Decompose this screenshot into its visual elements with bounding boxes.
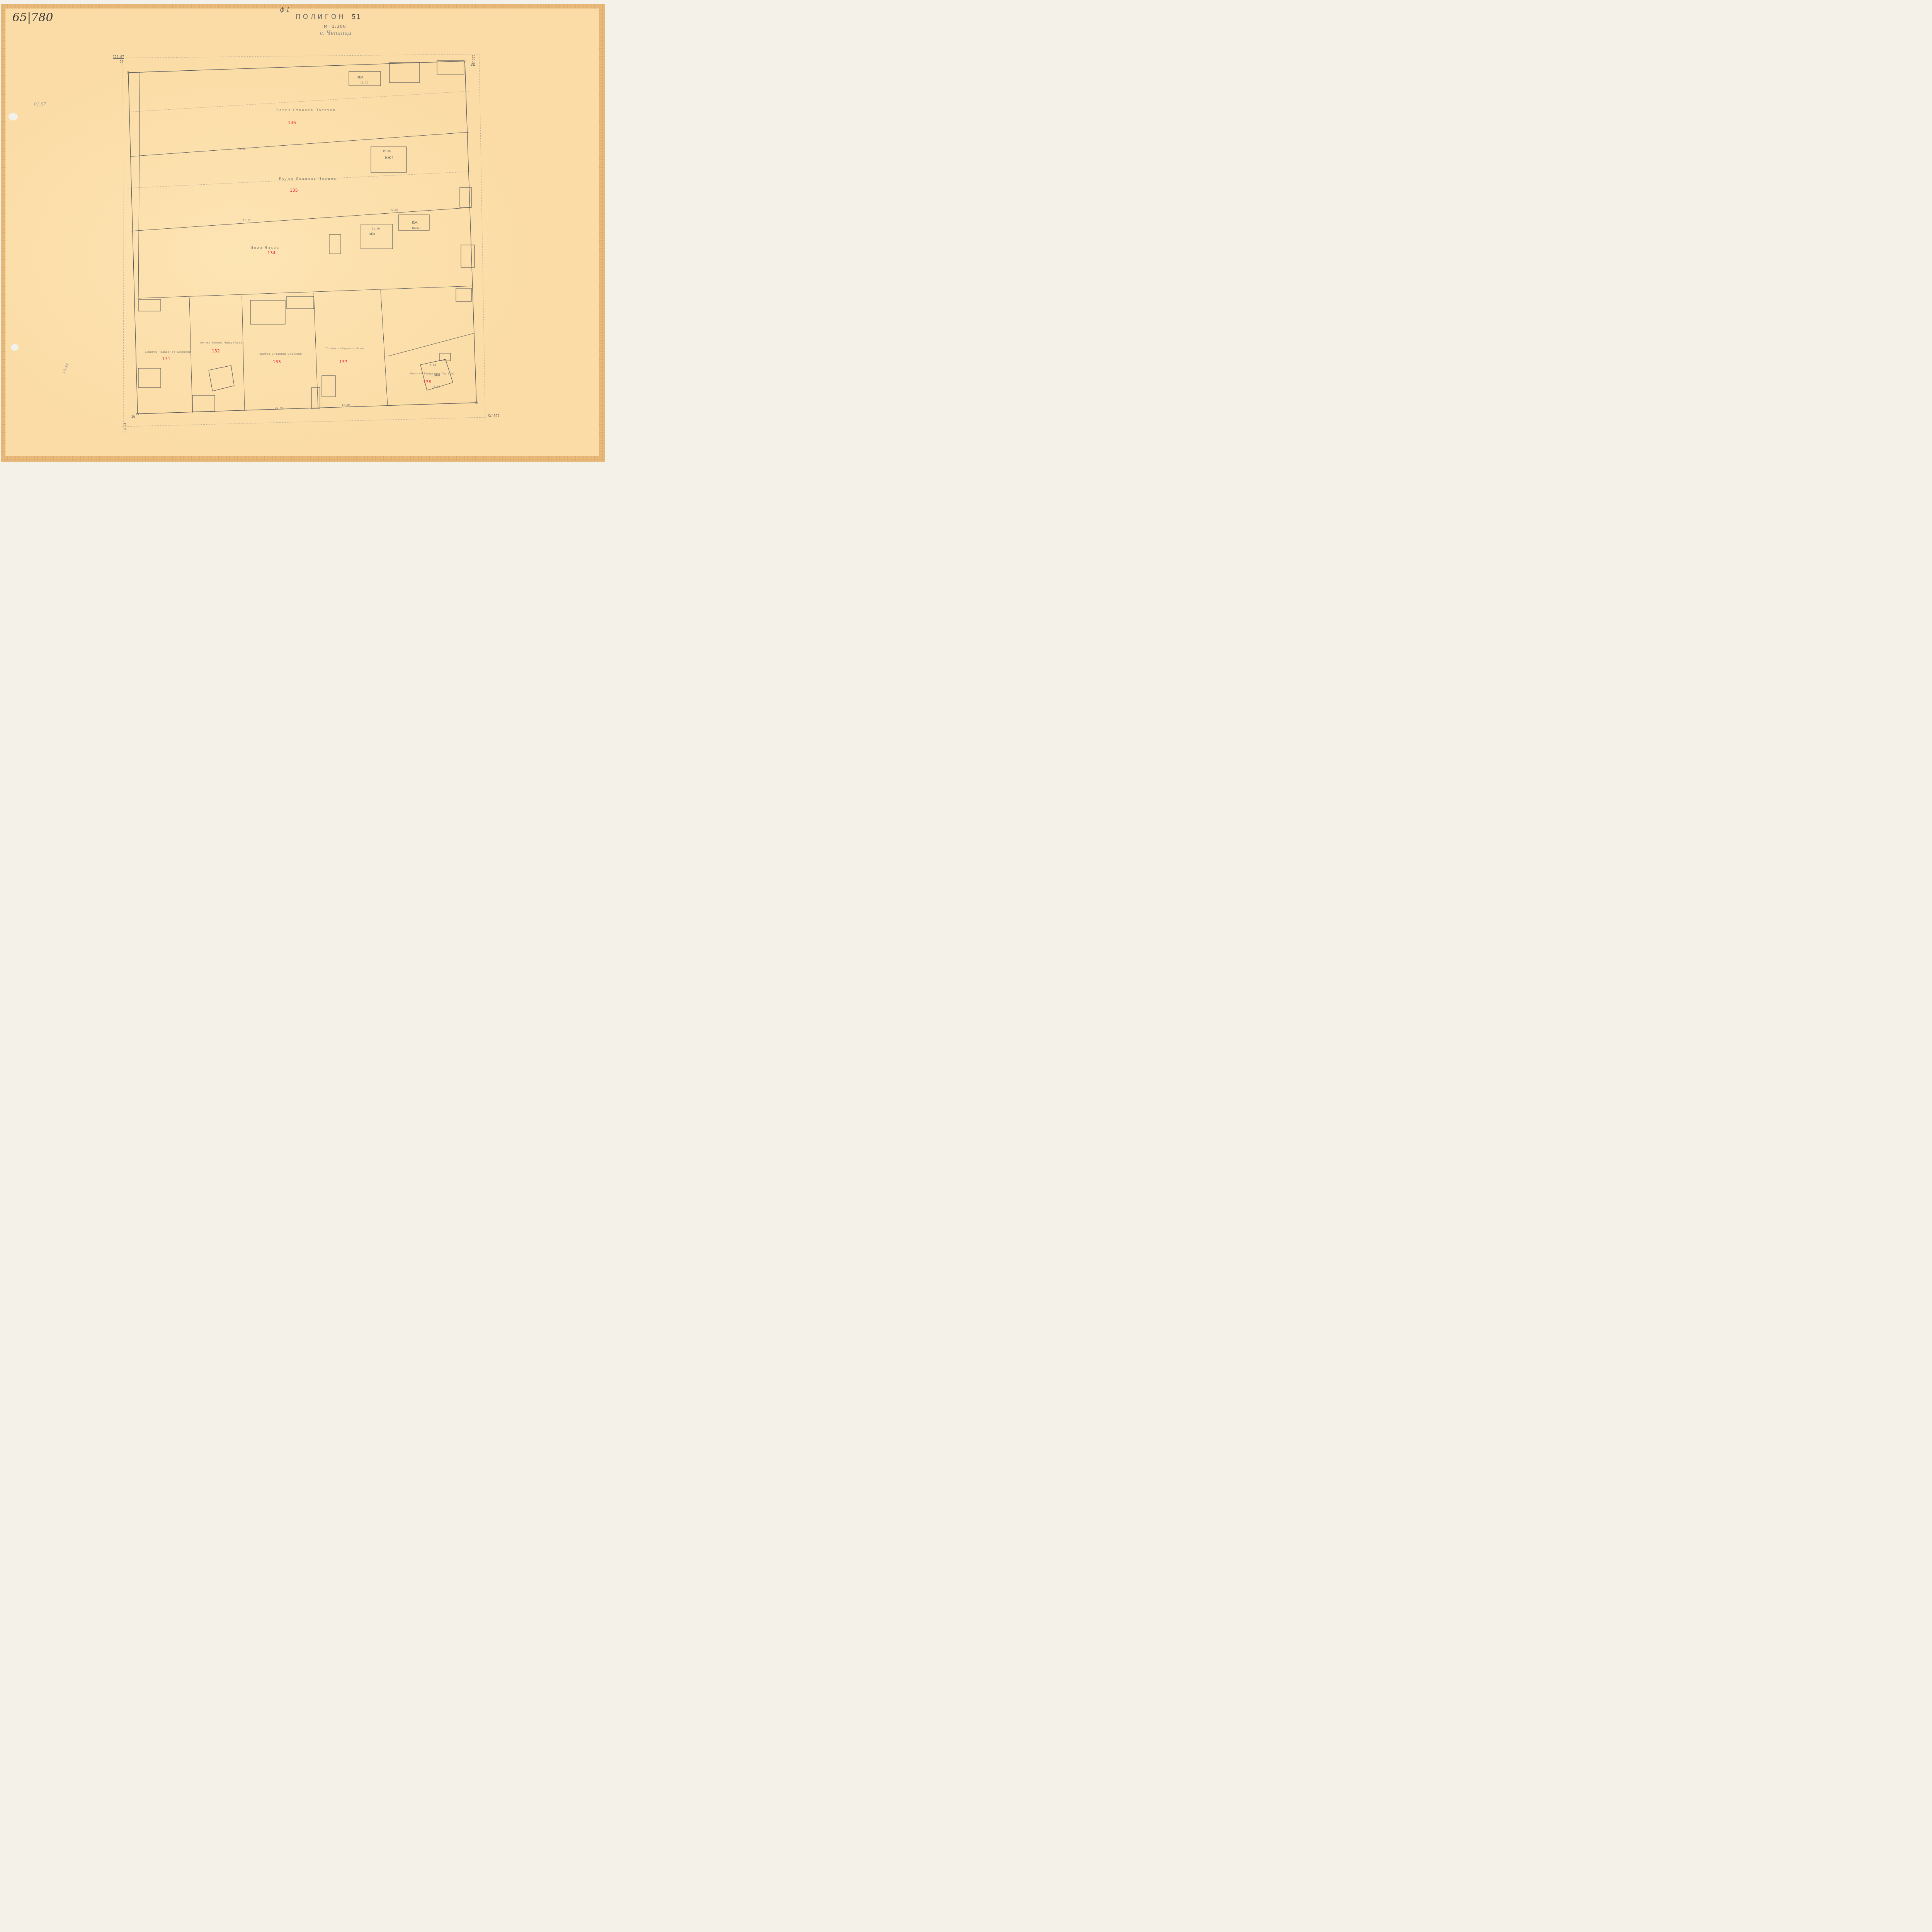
building-137	[322, 376, 335, 397]
boundary-136-135	[130, 132, 469, 156]
boundary-label-south: 22.91	[275, 406, 283, 410]
parcel-133-number: 133	[273, 359, 281, 364]
building-134-se	[456, 288, 471, 301]
station-27-elevation: 120.67	[113, 55, 124, 59]
building-134-pzh-label: ПЖ	[412, 221, 418, 224]
boundary-131-132	[189, 298, 192, 413]
station-26-id: 26	[131, 415, 135, 418]
parcel-135-number: 135	[290, 188, 298, 193]
building-south-1	[192, 395, 215, 412]
parcel-134-owner: Илия Янков	[250, 246, 279, 250]
building-131-north	[138, 299, 161, 311]
parcel-132-owner: Ангел Колев Мандийски	[200, 341, 243, 344]
survey-linework	[0, 0, 606, 463]
map-title: ПОЛИГОН 51	[296, 13, 361, 21]
building-137-south	[311, 388, 320, 409]
building-133-east	[287, 296, 314, 309]
building-133-main	[250, 300, 285, 324]
buildings	[138, 61, 474, 412]
boundary-label-135-134-left: 61.97	[243, 219, 251, 222]
building-134-shed	[461, 245, 474, 267]
building-138-dim-1: 7.08	[430, 364, 436, 367]
building-136-ne	[437, 61, 464, 74]
building-136-east	[389, 63, 420, 83]
parcel-137-number: 137	[339, 359, 347, 364]
building-131	[138, 368, 161, 388]
parcel-132-number: 132	[212, 349, 220, 354]
boundary-138-north	[388, 333, 474, 356]
parcel-133-owner: Трайко Стоилов Стойнов	[258, 352, 302, 355]
title-text: ПОЛИГОН	[296, 13, 346, 21]
polygon-outer-boundary	[128, 61, 476, 414]
margin-note-top: 01.97	[34, 102, 46, 107]
building-136-label: МЖ	[357, 76, 364, 79]
scale-label: М=1:300	[324, 24, 346, 29]
building-134-label: МЖ	[369, 233, 376, 236]
polygon-number: 51	[352, 13, 361, 20]
archive-number: 65|780	[12, 11, 53, 24]
station-26-elevation: 119.24	[124, 423, 127, 434]
parcel-131-number: 131	[162, 356, 170, 361]
boundary-133-137	[314, 293, 318, 408]
parcel-135-owner: Колео Иванчев Пердев	[279, 177, 337, 181]
station-28-id: 28	[471, 63, 474, 66]
building-134-small	[329, 235, 341, 254]
parcel-138-owner: Милчин Георгиев Петков	[410, 372, 454, 375]
station-29-elevation: 120.75	[488, 413, 499, 417]
building-138-annex	[440, 353, 451, 361]
boundary-132-133	[242, 296, 245, 411]
building-138-label: МЖ	[434, 374, 440, 377]
building-132	[209, 366, 234, 391]
building-134-pzh-dim: 10.01	[412, 226, 420, 230]
survey-stations	[127, 60, 478, 415]
building-136-dim-1: 10.26	[360, 81, 368, 84]
sheet-code: ф-1	[280, 7, 290, 13]
parcel-136-number: 136	[288, 120, 296, 125]
boundary-label-135-134-right: 42.82	[390, 208, 398, 211]
parcel-136-owner: Васил Станоев Погачов	[276, 109, 336, 112]
building-135-dim-1: 12.00	[383, 150, 391, 153]
boundary-137-138	[381, 290, 388, 406]
boundary-label-136-135: 71.38	[238, 147, 246, 150]
building-134-dim-1: 11.20	[372, 227, 380, 230]
boundary-135-134	[131, 207, 471, 231]
parcel-134-number: 134	[267, 250, 276, 255]
boundary-label-south-2: 17.20	[342, 403, 350, 406]
village-name: с. Чепинци	[320, 30, 352, 36]
parcel-137-owner: Стоян Найденов Исев	[326, 347, 364, 350]
parcel-138-number: 138	[423, 379, 431, 384]
building-135-label: МЖ 1	[385, 156, 394, 160]
building-138-dim-2: 9.02	[434, 385, 440, 388]
station-27-id: 27	[120, 60, 124, 64]
west-edge-inner	[138, 72, 140, 298]
parcel-131-owner: Славчо Найденов Боевски	[145, 350, 191, 354]
